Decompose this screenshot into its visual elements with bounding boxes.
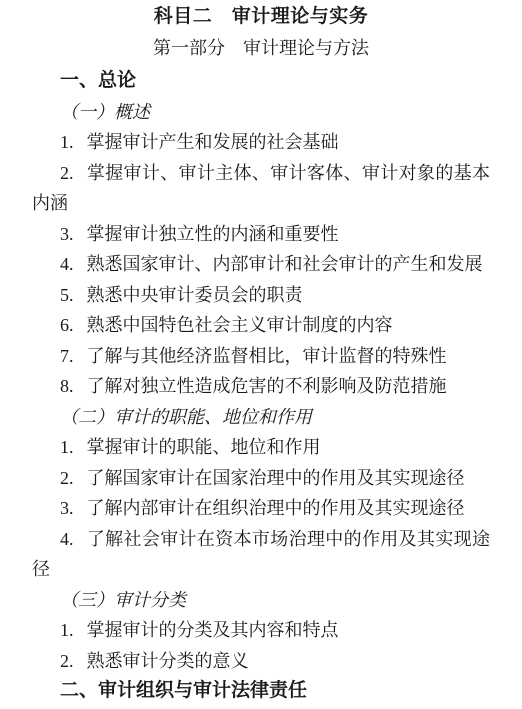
- subsection-heading: （三）审计分类: [32, 585, 490, 616]
- item-number: 7.: [60, 346, 74, 366]
- syllabus-item: 3.了解内部审计在组织治理中的作用及其实现途径: [32, 493, 490, 524]
- syllabus-item: 1.掌握审计的分类及其内容和特点: [32, 615, 490, 646]
- section-heading: 一、总论: [32, 66, 490, 97]
- syllabus-item: 7.了解与其他经济监督相比，审计监督的特殊性: [32, 341, 490, 372]
- item-number: 2.: [60, 651, 74, 671]
- page-title: 科目二 审计理论与实务: [32, 2, 490, 33]
- section-heading: 二、审计组织与审计法律责任: [32, 676, 490, 707]
- syllabus-item: 3.掌握审计独立性的内涵和重要性: [32, 219, 490, 250]
- syllabus-item: 6.熟悉中国特色社会主义审计制度的内容: [32, 310, 490, 341]
- item-number: 4.: [60, 529, 74, 549]
- item-number: 1.: [60, 132, 74, 152]
- syllabus-item: 2.了解国家审计在国家治理中的作用及其实现途径: [32, 463, 490, 494]
- syllabus-item: 1.掌握审计的职能、地位和作用: [32, 432, 490, 463]
- item-text: 了解与其他经济监督相比，审计监督的特殊性: [87, 346, 447, 366]
- item-number: 1.: [60, 620, 74, 640]
- syllabus-item: 5.熟悉中央审计委员会的职责: [32, 280, 490, 311]
- item-number: 3.: [60, 498, 74, 518]
- item-number: 1.: [60, 437, 74, 457]
- item-text: 熟悉审计分类的意义: [87, 651, 249, 671]
- item-text: 掌握审计的职能、地位和作用: [87, 437, 321, 457]
- syllabus-item: 2.掌握审计、审计主体、审计客体、审计对象的基本内涵: [32, 158, 490, 219]
- item-text: 掌握审计产生和发展的社会基础: [87, 132, 339, 152]
- item-text: 熟悉中国特色社会主义审计制度的内容: [87, 315, 393, 335]
- item-text: 了解内部审计在组织治理中的作用及其实现途径: [87, 498, 465, 518]
- item-text: 了解社会审计在资本市场治理中的作用及其实现途径: [32, 529, 490, 580]
- item-text: 掌握审计独立性的内涵和重要性: [87, 224, 339, 244]
- syllabus-item: 1.掌握审计产生和发展的社会基础: [32, 127, 490, 158]
- subsection-heading: （二）审计的职能、地位和作用: [32, 402, 490, 433]
- subsection-heading: （一）概述: [32, 97, 490, 128]
- document-page: 科目二 审计理论与实务 第一部分 审计理论与方法 一、总论（一）概述1.掌握审计…: [0, 0, 522, 709]
- item-number: 2.: [60, 163, 74, 183]
- item-text: 熟悉国家审计、内部审计和社会审计的产生和发展: [87, 254, 483, 274]
- syllabus-item: 4.熟悉国家审计、内部审计和社会审计的产生和发展: [32, 249, 490, 280]
- item-text: 了解对独立性造成危害的不利影响及防范措施: [87, 376, 447, 396]
- item-number: 2.: [60, 468, 74, 488]
- item-text: 掌握审计的分类及其内容和特点: [87, 620, 339, 640]
- document-body: 一、总论（一）概述1.掌握审计产生和发展的社会基础2.掌握审计、审计主体、审计客…: [32, 66, 490, 707]
- item-number: 3.: [60, 224, 74, 244]
- item-text: 掌握审计、审计主体、审计客体、审计对象的基本内涵: [32, 163, 490, 214]
- item-number: 8.: [60, 376, 74, 396]
- item-text: 熟悉中央审计委员会的职责: [87, 285, 303, 305]
- item-text: 了解国家审计在国家治理中的作用及其实现途径: [87, 468, 465, 488]
- syllabus-item: 2.熟悉审计分类的意义: [32, 646, 490, 677]
- page-subtitle: 第一部分 审计理论与方法: [32, 33, 490, 64]
- syllabus-item: 4.了解社会审计在资本市场治理中的作用及其实现途径: [32, 524, 490, 585]
- syllabus-item: 8.了解对独立性造成危害的不利影响及防范措施: [32, 371, 490, 402]
- item-number: 4.: [60, 254, 74, 274]
- item-number: 6.: [60, 315, 74, 335]
- item-number: 5.: [60, 285, 74, 305]
